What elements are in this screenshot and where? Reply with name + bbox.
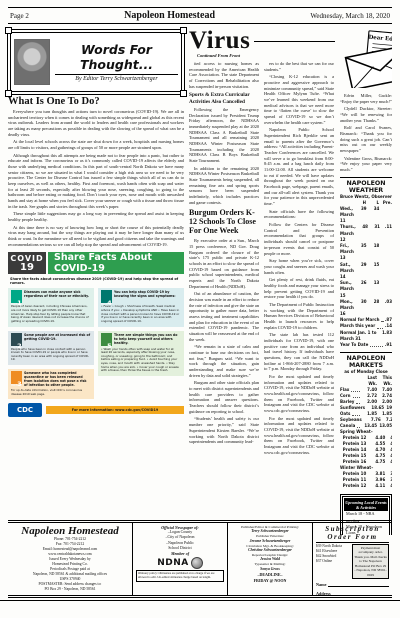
rate-item: $37 Online <box>316 559 350 564</box>
weather-total-row: Year To Date .91 <box>340 342 392 348</box>
paragraph: State officials have the following recom… <box>264 209 334 220</box>
masthead-line: PO Box 29 - Napoleon, ND 58561 <box>11 587 129 592</box>
weather-row: Fri., March 13 35 18 <box>340 243 392 262</box>
dot-leader <box>353 393 360 398</box>
weather-totals: Normal for March .87 March this year .14… <box>340 317 392 348</box>
paragraph: The Department of Public Instruction is … <box>264 302 334 330</box>
newspaper-page: Page 2 Napoleon Homestead Wednesday, Mar… <box>0 0 400 618</box>
facts-right-column: FACT4 You can help stop COVID-19 by know… <box>98 288 184 399</box>
weather-box: NAPOLEON WEATHER Bruce Wentz, Observer H… <box>340 177 392 349</box>
editor-photo <box>14 39 50 85</box>
corner-ornament <box>180 27 187 34</box>
paragraph: “Closing K-12 education is a proactive a… <box>264 74 334 125</box>
virus-columns: ited access to nursing homes as recommen… <box>189 61 335 535</box>
fact-number-badge: FACT3 <box>11 371 22 384</box>
fact-3: FACT3 Someone who has completed quaranti… <box>8 369 94 399</box>
article-body: Everywhere you turn thoughts and actions… <box>8 109 184 247</box>
obituary-policy: Obituary policy: Obituaries are publishe… <box>136 570 224 582</box>
virus-headline: Virus <box>189 30 250 52</box>
paragraph: Burgum and other state officials plan to… <box>189 380 259 414</box>
markets-header: Last Wk. This Wk. <box>340 375 392 387</box>
virus-column-1: ited access to nursing homes as recommen… <box>189 61 259 535</box>
staff-entry: Circulation Mgr. & Bookkeeping: Christin… <box>231 544 309 553</box>
fact-4: FACT4 You can help stop COVID-19 by know… <box>98 288 184 326</box>
masthead-official: Official Newspaper of: –Logan County–Cit… <box>133 523 228 595</box>
burgum-body: By executive order at a Sun., March 15 p… <box>189 238 259 445</box>
weather-row: Sat., March 14 29 15 <box>340 262 392 281</box>
masthead-staff: Publisher/Editor & Commercial Printing: … <box>228 523 313 595</box>
paragraph: For the most updated and timely informat… <box>264 416 334 456</box>
paragraph: In addition to the remaining 2020 NDHSAA… <box>189 166 259 206</box>
markets-box: NAPOLEON MARKETS as of Monday Close Last… <box>340 352 392 489</box>
corner-ornament <box>5 90 12 97</box>
paragraph: ited access to nursing homes as recommen… <box>189 61 259 89</box>
form-field: Name <box>316 582 389 587</box>
cdc-url-bar: For more information: www.cdc.gov/COVID1… <box>46 406 184 414</box>
column-title: Words For Thought... <box>55 42 178 72</box>
column-byline: By Editor Terry Schwartzenberger <box>55 74 178 82</box>
paragraph: Follow the Centers for Disease Control a… <box>264 222 334 256</box>
paragraph: Get plenty of rest, drink fluids, eat he… <box>264 277 334 300</box>
ndna-globe-icon <box>191 557 203 569</box>
letter: Valentine Gross, Bismarck: “We enjoy you… <box>340 156 392 173</box>
subscription-top: $39 North Dakota$41 Elsewhere$42 Snowbir… <box>316 544 389 579</box>
deadline-value: FRIDAY @ NOON <box>231 578 309 583</box>
paragraph: By executive order at a Sun., March 15 p… <box>189 238 259 289</box>
paragraph: For the most updated and timely informat… <box>264 374 334 414</box>
dear-editor-graphic: Dear Editor <box>340 30 392 93</box>
markets-subtitle: as of Monday Close <box>340 369 392 374</box>
facts-left-column: FACT1 Diseases can make anyone sick rega… <box>8 288 94 399</box>
weather-rows: Wed., March 11 39 34 Thurs., March 12 48… <box>340 206 392 317</box>
fact-2: FACT2 Some people are at increased risk … <box>8 331 94 366</box>
virus-column-2: ers to do the best that we can for our s… <box>264 61 334 535</box>
official-list: –Logan County–City of Napoleon–Napoleon … <box>136 530 224 551</box>
dot-leader <box>351 387 360 392</box>
paragraph: At this time there is no way of knowing … <box>8 225 184 248</box>
cdc-logo: CDC <box>8 403 42 417</box>
fact-number-badge: FACT5 <box>101 333 112 346</box>
paragraph: Out of an abundance of caution, the deci… <box>189 291 259 342</box>
staff-entry: Typesetter & Mailing: Sonya Gross <box>231 562 309 571</box>
markets-winter-rows: Protein 10 3.81 3.83 Protein 11 3.96 3.9… <box>340 471 392 489</box>
letter: Clydell Ducktor, Streeter: “We will be r… <box>340 106 392 123</box>
page-header: Page 2 Napoleon Homestead Wednesday, Mar… <box>8 7 392 24</box>
covid-facts: FACT1 Diseases can make anyone sick rega… <box>8 288 184 399</box>
dot-leader <box>356 399 360 404</box>
dot-leader <box>381 317 382 322</box>
bottom-rule <box>0 600 400 601</box>
weather-total-row: Normal Jan. 1 to March 31 1.83 <box>340 330 392 342</box>
deadline-label: –DEADLINE– <box>231 572 309 577</box>
paragraph: ers to do the best that we can for our s… <box>264 61 334 72</box>
page-number: Page 2 <box>10 12 29 20</box>
virus-continuation: ers to do the best that we can for our s… <box>264 61 334 455</box>
headline-rule <box>254 41 335 42</box>
paragraph: Everywhere you turn thoughts and actions… <box>8 109 184 137</box>
write-in-line <box>328 586 389 587</box>
covid-infographic: COVID 19 Share Facts About COVID-19 Shar… <box>8 252 184 417</box>
dot-leader <box>357 423 360 428</box>
weather-row: Sun., March 15 26 13 <box>340 280 392 299</box>
markets-spring-rows: Protein 12 4.40 4.29 Protein 13 4.55 4.4… <box>340 435 392 465</box>
weather-row: Wed., March 11 39 34 <box>340 206 392 225</box>
subscription-form: Subscription Order Form $39 North Dakota… <box>313 523 392 595</box>
paragraph: At the local level schools across the st… <box>8 139 184 150</box>
corner-ornament <box>5 27 12 34</box>
paragraph: Although throughout this all attempts ar… <box>8 153 184 210</box>
form-fields: Name Address City <box>316 582 389 595</box>
words-for-thought-box: Words For Thought... By Editor Terry Sch… <box>10 32 182 92</box>
right-column: Dear Editor Edvin Miller, Gackle: “Enjoy… <box>340 30 392 535</box>
virus-lead: ited access to nursing homes as recommen… <box>189 61 259 89</box>
continued-kicker: Continued From Front <box>197 53 335 58</box>
markets-main-rows: Flax 7.40 7.40 Corn 2.72 2.74 Barley 2.0… <box>340 387 392 429</box>
newspaper-name: Napoleon Homestead <box>124 10 215 21</box>
letter: Edvin Miller, Gackle: “Enjoy the paper v… <box>340 93 392 104</box>
corner-ornament <box>180 90 187 97</box>
masthead-footer: Napoleon Homestead Phone: 701-754-2212Fa… <box>8 520 392 598</box>
column-title-block: Words For Thought... By Editor Terry Sch… <box>55 42 178 82</box>
covid-footer-row: CDC For more information: www.cdc.gov/CO… <box>8 403 184 417</box>
staff-entry: Publisher/Editor & Commercial Printing: … <box>231 525 309 534</box>
payment-note: Payment must accompany order. Thank you.… <box>352 544 389 579</box>
paragraph: The state lab has tested 112 individuals… <box>264 332 334 372</box>
virus-headline-row: Virus <box>189 30 335 52</box>
staff-entry: Reporter/Graphic Design: Jessica Wald <box>231 553 309 562</box>
burgum-subhead: Burgum Orders K-12 Schools To Close For … <box>189 209 259 236</box>
weather-title: NAPOLEON WEATHER <box>340 180 392 194</box>
form-field: Address <box>316 591 389 595</box>
fact-number-badge: FACT2 <box>11 333 22 346</box>
virus-article: Virus Continued From Front ited access t… <box>189 30 335 535</box>
fact-1: FACT1 Diseases can make anyone sick rega… <box>8 288 94 326</box>
masthead-info: Phone: 701-754-2212Fax: 701-754-2212Emai… <box>11 537 129 592</box>
sports-body: Following the Emergency Declaration issu… <box>189 107 259 205</box>
paragraph: “We remain in a state of calm and contin… <box>189 344 259 378</box>
ndna-logo: NDNA <box>136 557 224 569</box>
letter: Rolf and Carol Svanes, Bismarck: “Thank … <box>340 125 392 153</box>
envelope-icon: Dear Editor <box>340 30 392 88</box>
weather-row: Mon., March 16 30 28 .03 <box>340 299 392 318</box>
paragraph: Stay home when you’re sick, cover your c… <box>264 258 334 275</box>
weather-row: Thurs., March 12 48 31 .11 <box>340 224 392 243</box>
fact-number-badge: FACT1 <box>11 290 22 303</box>
issue-date: Wednesday, March 18, 2020 <box>310 12 390 20</box>
left-column: Words For Thought... By Editor Terry Sch… <box>8 30 184 535</box>
dot-leader <box>370 342 383 347</box>
weather-observer: Bruce Wentz, Observer <box>340 194 392 199</box>
covid-subtitle: Share the facts about coronavirus diseas… <box>10 277 182 285</box>
covid-banner-row: COVID 19 Share Facts About COVID-19 <box>8 252 184 274</box>
article-headline: What Is One To Do? <box>8 96 184 107</box>
paragraph: Following the Emergency Declaration issu… <box>189 107 259 164</box>
rate-list: $39 North Dakota$41 Elsewhere$42 Snowbir… <box>316 544 350 579</box>
covid-banner-title: Share Facts About COVID-19 <box>48 252 184 274</box>
paragraph: These simple little suggestions may go a… <box>8 211 184 222</box>
sports-subhead: Sports & Extra Curricular Activities Als… <box>189 92 259 105</box>
covid19-logo: COVID 19 <box>8 252 46 274</box>
market-row: Protein 12 4.11 4.13 <box>340 483 392 489</box>
page-content: Words For Thought... By Editor Terry Sch… <box>0 24 400 535</box>
masthead-contact: Napoleon Homestead Phone: 701-754-2212Fa… <box>8 523 133 595</box>
events-title: Upcoming Local Events & Activities <box>344 498 388 511</box>
staff-entry: Publisher Emeritus: Jerome Schwartzenber… <box>231 534 309 543</box>
reader-letters: Edvin Miller, Gackle: “Enjoy the paper v… <box>340 93 392 173</box>
markets-title: NAPOLEON MARKETS <box>340 355 392 369</box>
dot-leader <box>352 411 360 416</box>
subscription-title: Subscription Order Form <box>316 525 389 543</box>
staff-list: Publisher/Editor & Commercial Printing: … <box>231 525 309 571</box>
dot-leader <box>377 323 383 328</box>
fact-5: FACT5 There are simple things you can do… <box>98 331 184 376</box>
fact-number-badge: FACT4 <box>101 290 112 303</box>
paragraph: Napoleon Public School Superintendent Ri… <box>264 127 334 206</box>
paragraph: “Students’ health and safety is our numb… <box>189 416 259 444</box>
masthead-paper-name: Napoleon Homestead <box>11 525 129 537</box>
